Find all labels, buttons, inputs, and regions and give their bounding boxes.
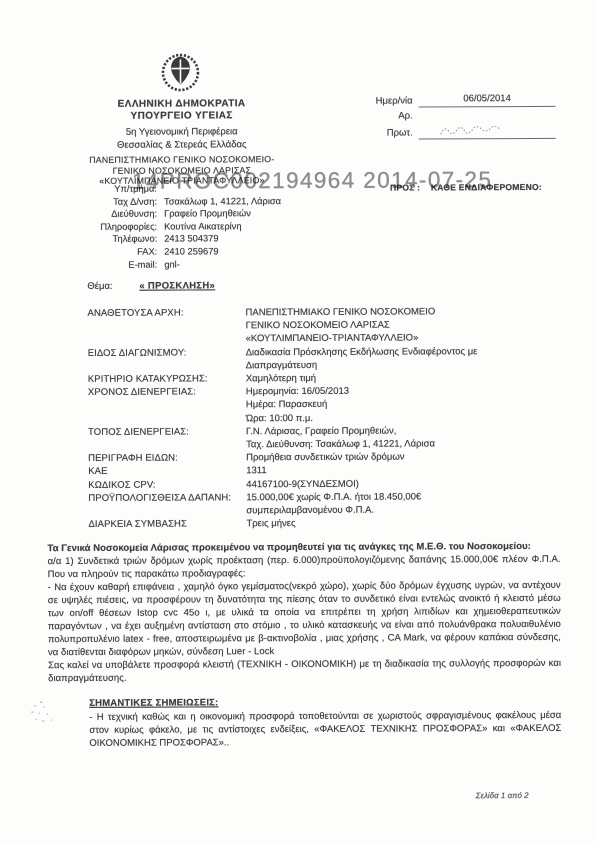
field-value-line: συμπεριλαμβανομένου Φ.Π.Α. <box>246 503 560 518</box>
date-protocol-block: Ημερ/νία 06/05/2014 Αρ. Πρωτ. <box>351 92 556 140</box>
contact-value: Τσακάλωφ 1, 41221, Λάρισα <box>164 195 281 208</box>
letterhead-line: Θεσσαλίας & Στερεάς Ελλάδας <box>47 138 317 151</box>
contact-label: Πληροφορίες: <box>49 220 157 233</box>
field-value-line: 1311 <box>246 463 560 478</box>
protocol-number-label: Πρωτ. <box>351 126 419 139</box>
procurement-watermark: 14PROC002194964 2014-07-25 <box>132 167 493 195</box>
field-value-line: Ημέρα: Παρασκευή <box>246 397 560 412</box>
subject-label: Θέμα: <box>87 281 139 292</box>
field-row: ΕΙΔΟΣ ΔΙΑΓΩΝΙΣΜΟΥ: Διαδικασία Πρόσκλησης… <box>88 344 560 372</box>
field-label: ΑΝΑΘΕΤΟΥΣΑ ΑΡΧΗ: <box>87 306 245 346</box>
field-label: ΠΕΡΙΓΡΑΦΗ ΕΙΔΩΝ: <box>88 451 246 465</box>
field-label: ΧΡΟΝΟΣ ΔΙΕΝΕΡΓΕΙΑΣ: <box>88 385 246 425</box>
field-value-line: «ΚΟΥΤΛΙΜΠΑΝΕΙΟ-ΤΡΙΑΝΤΑΦΥΛΛΕΙΟ» <box>246 331 560 346</box>
date-value: 06/05/2014 <box>419 92 556 108</box>
field-row: ΧΡΟΝΟΣ ΔΙΕΝΕΡΓΕΙΑΣ: Ημερομηνία: 16/05/20… <box>88 384 560 426</box>
important-notes: ΣΗΜΑΝΤΙΚΕΣ ΣΗΜΕΙΩΣΕΙΣ: - Η τεχνική καθώς… <box>89 695 561 750</box>
tender-summary-fields: ΑΝΑΘΕΤΟΥΣΑ ΑΡΧΗ: ΠΑΝΕΠΙΣΤΗΜΙΑΚΟ ΓΕΝΙΚΟ Ν… <box>87 305 560 532</box>
contact-row: FAX: 2410 259679 <box>49 245 319 259</box>
contact-block: Υπ/τμήμα: Ταχ Δ/νση: Τσακάλωφ 1, 41221, … <box>49 182 319 271</box>
ink-smudge <box>27 698 63 732</box>
contact-label: Τηλέφωνο: <box>49 233 157 246</box>
letterhead-line: ΥΠΟΥΡΓΕΙΟ ΥΓΕΙΑΣ <box>47 110 317 123</box>
field-row: ΠΡΟΫΠΟΛΟΓΙΣΘΕΙΣΑ ΔΑΠΑΝΗ: 15.000,00€ χωρί… <box>88 490 560 518</box>
field-value-line: 44167100-9(ΣΥΝΔΕΣΜΟΙ) <box>246 476 560 491</box>
field-value-line: Διαδικασία Πρόσκλησης Εκδήλωσης Ενδιαφέρ… <box>246 344 560 359</box>
field-label: ΠΡΟΫΠΟΛΟΓΙΣΘΕΙΣΑ ΔΑΠΑΝΗ: <box>88 491 246 518</box>
contact-value: gnl- <box>164 258 180 271</box>
field-value-line: Διαπραγμάτευση <box>246 358 560 373</box>
field-row: ΑΝΑΘΕΤΟΥΣΑ ΑΡΧΗ: ΠΑΝΕΠΙΣΤΗΜΙΑΚΟ ΓΕΝΙΚΟ Ν… <box>87 305 559 347</box>
field-label: ΕΙΔΟΣ ΔΙΑΓΩΝΙΣΜΟΥ: <box>88 346 246 373</box>
field-label: ΚΑΕ <box>88 465 246 479</box>
field-value-line: 15.000,00€ χωρίς Φ.Π.Α. ήτοι 18.450,00€ <box>246 490 560 505</box>
contact-value: 2413 504379 <box>164 233 218 246</box>
field-value-line: Προμήθεια συνδετικών τριών δρόμων <box>246 450 560 465</box>
contact-row: E-mail: gnl- <box>49 257 319 271</box>
field-row: ΔΙΑΡΚΕΙΑ ΣΥΜΒΑΣΗΣ Τρεις μήνες <box>88 516 560 531</box>
page-number: Σελίδα 1 από 2 <box>476 791 529 800</box>
scanned-document-page: 14PROC002194964 2014-07-25 ΕΛΛΗΝΙΚΗ ΔΗΜΟ… <box>0 0 595 845</box>
subject-line: Θέμα: « ΠΡΟΣΚΛΗΣΗ» <box>87 279 559 292</box>
contact-label: Διεύθυνση: <box>49 208 157 221</box>
contact-row: Πληροφορίες: Κουτίνα Αικατερίνη <box>49 220 319 234</box>
paragraph: - Να έχουν καθαρή επιφάνεια , χαμηλό όγκ… <box>48 579 561 659</box>
field-value-line: ΓΕΝΙΚΟ ΝΟΣΟΚΟΜΕΙΟ ΛΑΡΙΣΑΣ <box>246 318 560 333</box>
hellenic-republic-emblem-icon <box>159 48 201 98</box>
field-label: ΚΡΙΤΗΡΙΟ ΚΑΤΑΚΥΡΩΣΗΣ: <box>88 372 246 386</box>
contact-row: Τηλέφωνο: 2413 504379 <box>49 232 319 246</box>
field-label: ΤΟΠΟΣ ΔΙΕΝΕΡΓΕΙΑΣ: <box>88 425 246 452</box>
contact-label: E-mail: <box>49 258 157 271</box>
date-label: Ημερ/νία <box>351 94 419 107</box>
note-item: - Η τεχνική καθώς και η οικονομική προσφ… <box>89 709 561 750</box>
paragraph: Σας καλεί να υποβάλετε προσφορά κλειστή … <box>48 657 561 685</box>
field-value-line: Ταχ. Διεύθυνση: Τσακάλωφ 1, 41221, Λάρισ… <box>246 437 560 452</box>
letterhead-line: 5η Υγειονομική Περιφέρεια <box>47 126 317 139</box>
contact-row: Ταχ Δ/νση: Τσακάλωφ 1, 41221, Λάρισα <box>49 194 319 208</box>
contact-label: Ταχ Δ/νση: <box>49 195 157 208</box>
field-label: ΔΙΑΡΚΕΙΑ ΣΥΜΒΑΣΗΣ <box>88 517 246 531</box>
contact-value: Γραφείο Προμηθειών <box>164 207 251 220</box>
field-value-line: Τρεις μήνες <box>246 516 560 531</box>
subject-value: « ΠΡΟΣΚΛΗΣΗ» <box>139 280 215 291</box>
body-paragraphs: Τα Γενικά Νοσοκομεία Λάρισας προκειμένου… <box>48 540 562 685</box>
field-value-line: ΠΑΝΕΠΙΣΤΗΜΙΑΚΟ ΓΕΝΙΚΟ ΝΟΣΟΚΟΜΕΙΟ <box>245 305 559 320</box>
protocol-number-underline <box>419 122 556 140</box>
contact-value: 2410 259679 <box>164 245 218 258</box>
contact-value: Κουτίνα Αικατερίνη <box>164 220 241 233</box>
notes-title: ΣΗΜΑΝΤΙΚΕΣ ΣΗΜΕΙΩΣΕΙΣ: <box>89 695 561 710</box>
field-value-line: Ημερομηνία: 16/05/2013 <box>246 384 560 399</box>
paragraph: α/α 1) Συνδετικά τριών δρόμων χωρίς προέ… <box>48 553 561 581</box>
protocol-number-label: Αρ. <box>351 109 419 122</box>
protocol-number-handwriting <box>437 122 517 141</box>
field-value-line: Γ.Ν. Λάρισας, Γραφείο Προμηθειών, <box>246 424 560 439</box>
field-value-line: Ώρα: 10:00 π.μ. <box>246 410 560 425</box>
document-body: Θέμα: « ΠΡΟΣΚΛΗΣΗ» ΑΝΑΘΕΤΟΥΣΑ ΑΡΧΗ: ΠΑΝΕ… <box>46 279 561 751</box>
field-label: ΚΩΔΙΚΟΣ CPV: <box>88 478 246 492</box>
contact-label: FAX: <box>49 246 157 259</box>
contact-row: Διεύθυνση: Γραφείο Προμηθειών <box>49 207 319 221</box>
field-value-line: Χαμηλότερη τιμή <box>246 371 560 386</box>
field-row: ΤΟΠΟΣ ΔΙΕΝΕΡΓΕΙΑΣ: Γ.Ν. Λάρισας, Γραφείο… <box>88 424 560 452</box>
